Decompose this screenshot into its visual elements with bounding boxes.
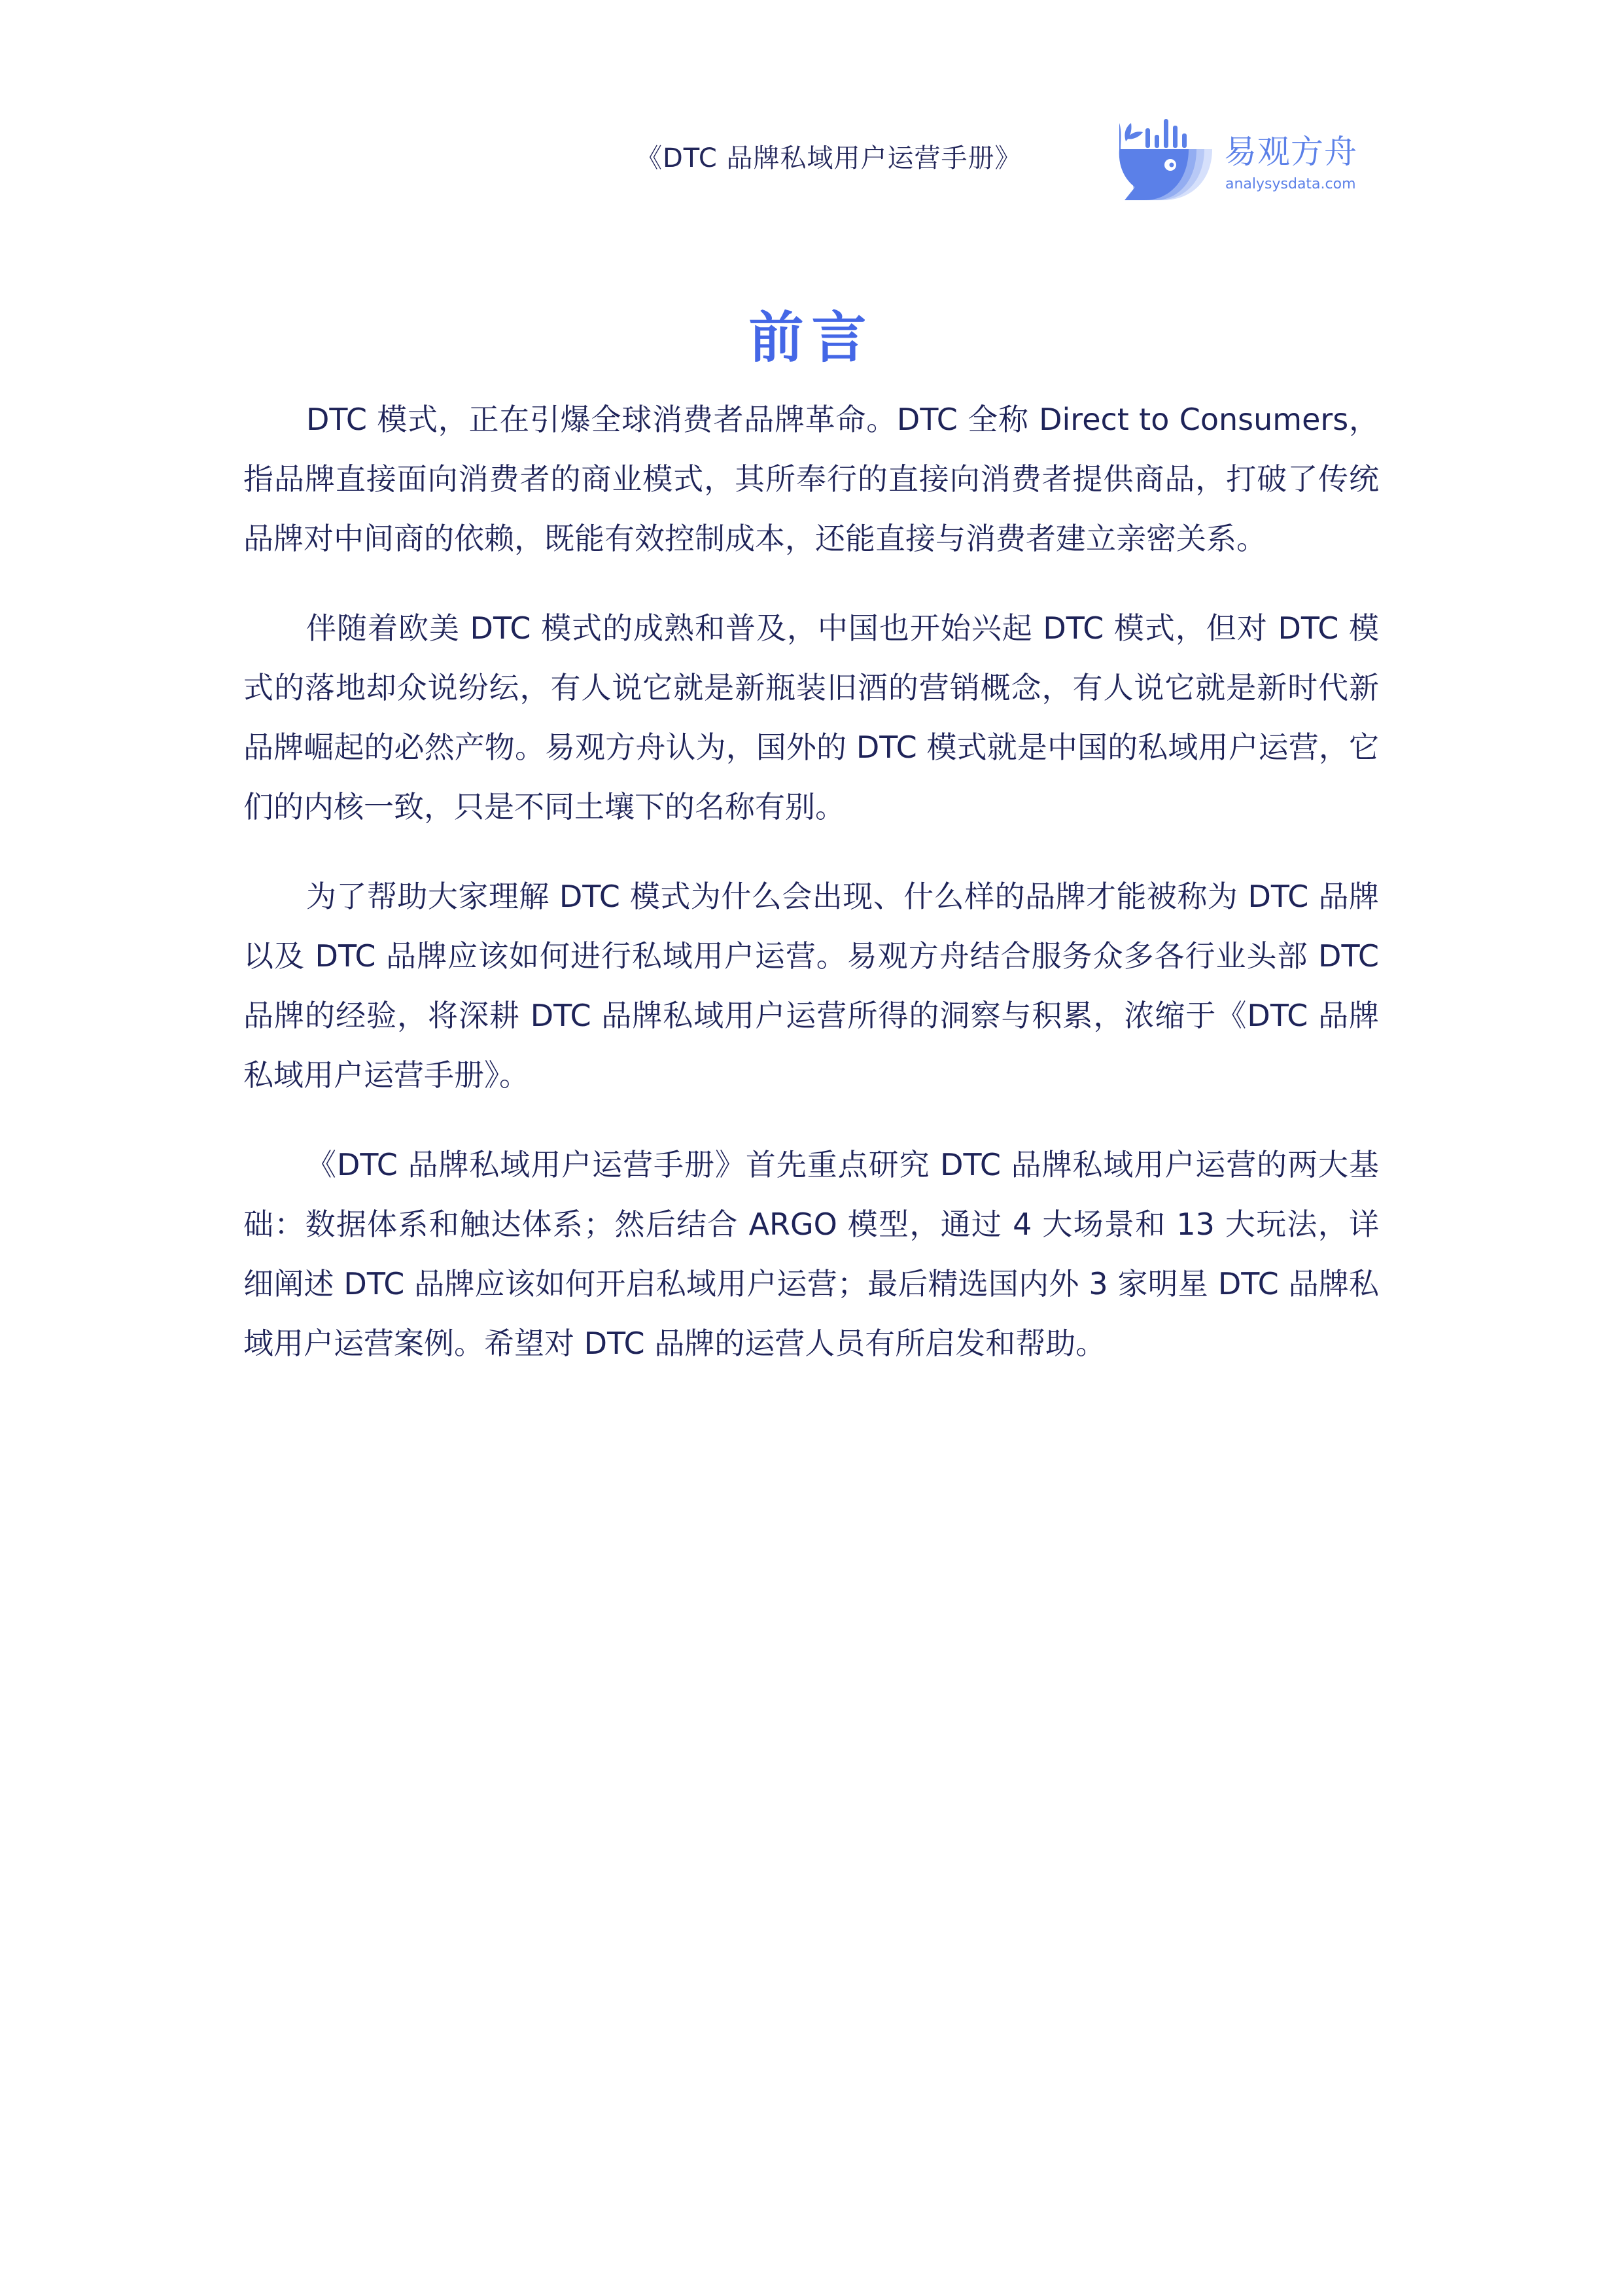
paragraph: 《DTC 品牌私域用户运营手册》首先重点研究 DTC 品牌私域用户运营的两大基础… [243, 1135, 1379, 1373]
brand-logo: 易观方舟 analysysdata.com [1115, 119, 1364, 203]
whale-chart-logo-icon [1115, 119, 1213, 203]
brand-name: 易观方舟 [1224, 132, 1357, 171]
paragraph: DTC 模式，正在引爆全球消费者品牌革命。DTC 全称 Direct to Co… [243, 390, 1379, 569]
brand-url: analysysdata.com [1225, 175, 1356, 194]
page-header: 《DTC 品牌私域用户运营手册》 易观方舟 analysysdata.com [0, 0, 1623, 216]
preface-body: DTC 模式，正在引爆全球消费者品牌革命。DTC 全称 Direct to Co… [243, 390, 1379, 1404]
document-title: 《DTC 品牌私域用户运营手册》 [636, 139, 1022, 178]
page-title: 前言 [0, 302, 1623, 374]
paragraph: 伴随着欧美 DTC 模式的成熟和普及，中国也开始兴起 DTC 模式，但对 DTC… [243, 599, 1379, 837]
paragraph: 为了帮助大家理解 DTC 模式为什么会出现、什么样的品牌才能被称为 DTC 品牌… [243, 867, 1379, 1105]
